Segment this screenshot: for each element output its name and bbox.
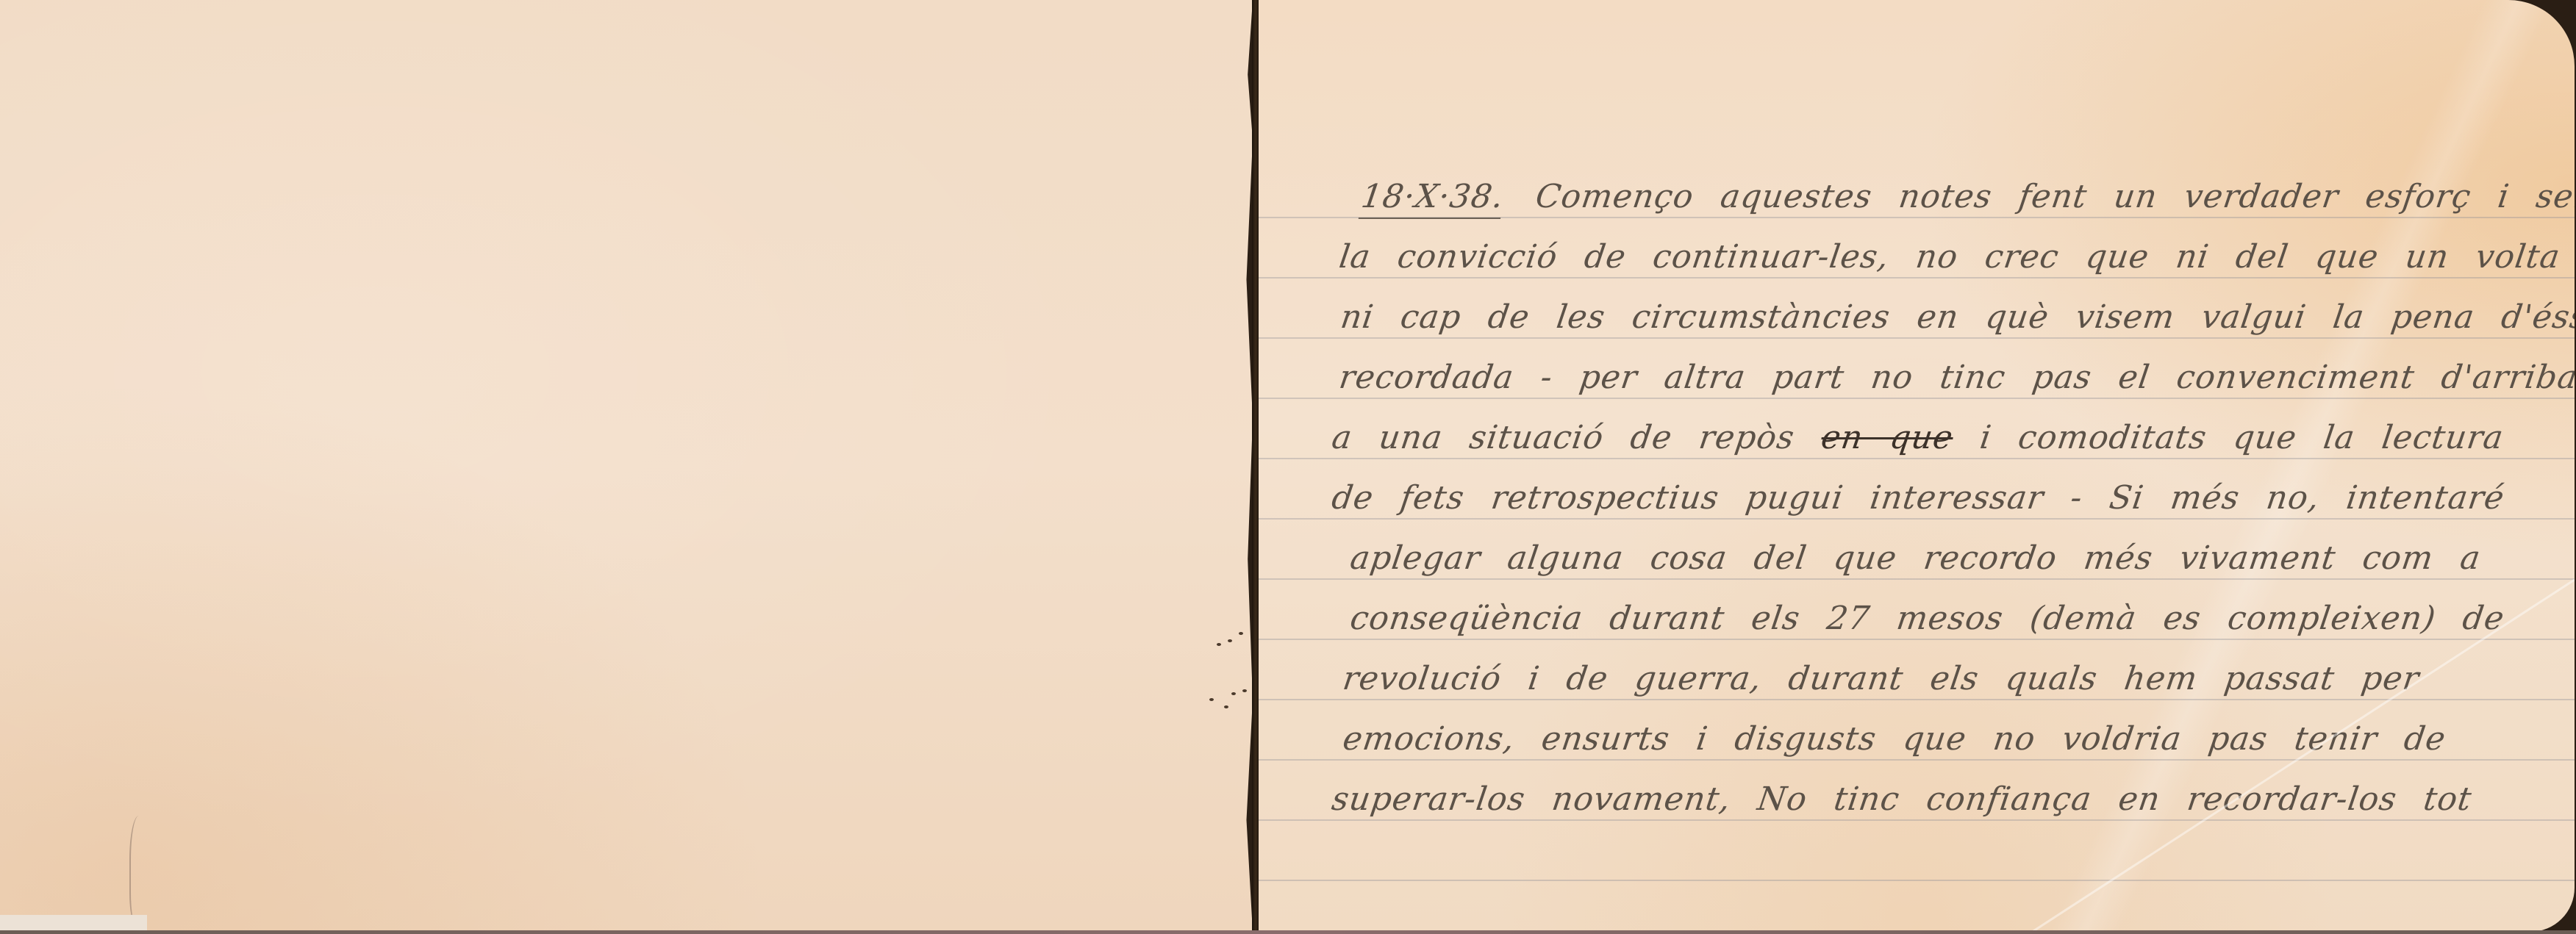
struck-out-text: en que	[1819, 419, 1956, 456]
speck	[1217, 643, 1221, 646]
line-text: ni cap de les circumstàncies en què vise…	[1338, 298, 2575, 336]
line-text: superar-los novament, No tinc confiança …	[1329, 780, 2474, 818]
handwritten-line-7: aplegar alguna cosa del que recordo més …	[1348, 539, 2483, 577]
speck	[1231, 692, 1236, 695]
line-text: Començo aquestes notes fent un verdader …	[1534, 178, 2575, 215]
book-bottom-edge	[0, 930, 2576, 934]
speck	[1239, 632, 1243, 635]
line-text: recordada - per altra part no tinc pas e…	[1337, 359, 2575, 396]
ruled-line	[1259, 578, 2575, 580]
ruled-line	[1259, 217, 2575, 218]
entry-date: 18·X·38.	[1359, 178, 1506, 215]
notebook-spread: 18·X·38.Començo aquestes notes fent un v…	[0, 0, 2576, 934]
ruled-line	[1259, 880, 2575, 881]
right-page-handwritten: 18·X·38.Començo aquestes notes fent un v…	[1259, 0, 2575, 932]
speck	[1242, 689, 1247, 692]
ruled-line	[1259, 518, 2575, 520]
ruled-line	[1259, 759, 2575, 761]
line-text: conseqüència durant els 27 mesos (demà e…	[1348, 600, 2507, 637]
ruled-line	[1259, 277, 2575, 279]
binding-specks	[1195, 625, 1253, 713]
handwritten-line-2: la convicció de continuar-les, no crec q…	[1337, 238, 2562, 276]
ruled-line	[1259, 699, 2575, 700]
ruled-line	[1259, 819, 2575, 821]
handwritten-line-4: recordada - per altra part no tinc pas e…	[1337, 359, 2575, 396]
ruled-line	[1259, 398, 2575, 399]
handwritten-line-3: ni cap de les circumstàncies en què vise…	[1338, 298, 2575, 336]
line-text: revolució i de guerra, durant els quals …	[1340, 660, 2422, 697]
line-text: aplegar alguna cosa del que recordo més …	[1348, 539, 2483, 577]
ruled-line	[1259, 458, 2575, 459]
ruled-line	[1259, 639, 2575, 640]
line-text: a una situació de repòs	[1329, 419, 1797, 456]
speck	[1224, 705, 1228, 708]
handwritten-line-5: a una situació de repòs en que i comodit…	[1329, 419, 2505, 456]
speck	[1209, 698, 1214, 701]
speck	[1228, 639, 1232, 642]
left-page-blank	[0, 0, 1253, 932]
handwritten-line-9: revolució i de guerra, durant els quals …	[1340, 660, 2422, 697]
line-text: la convicció de continuar-les, no crec q…	[1337, 238, 2562, 276]
handwritten-line-11: superar-los novament, No tinc confiança …	[1329, 780, 2474, 818]
ruled-line	[1259, 337, 2575, 339]
handwritten-line-1: 18·X·38.Començo aquestes notes fent un v…	[1359, 178, 2575, 215]
handwritten-line-10: emocions, ensurts i disgusts que no vold…	[1340, 720, 2448, 758]
line-text: emocions, ensurts i disgusts que no vold…	[1340, 720, 2448, 758]
line-text: de fets retrospectius pugui interessar -…	[1329, 479, 2507, 517]
handwritten-line-8: conseqüència durant els 27 mesos (demà e…	[1348, 600, 2507, 637]
handwritten-line-6: de fets retrospectius pugui interessar -…	[1329, 479, 2507, 517]
torn-corner	[129, 816, 153, 926]
line-text: i comoditats que la lectura	[1978, 419, 2506, 456]
page-bottom-strip	[0, 915, 147, 931]
